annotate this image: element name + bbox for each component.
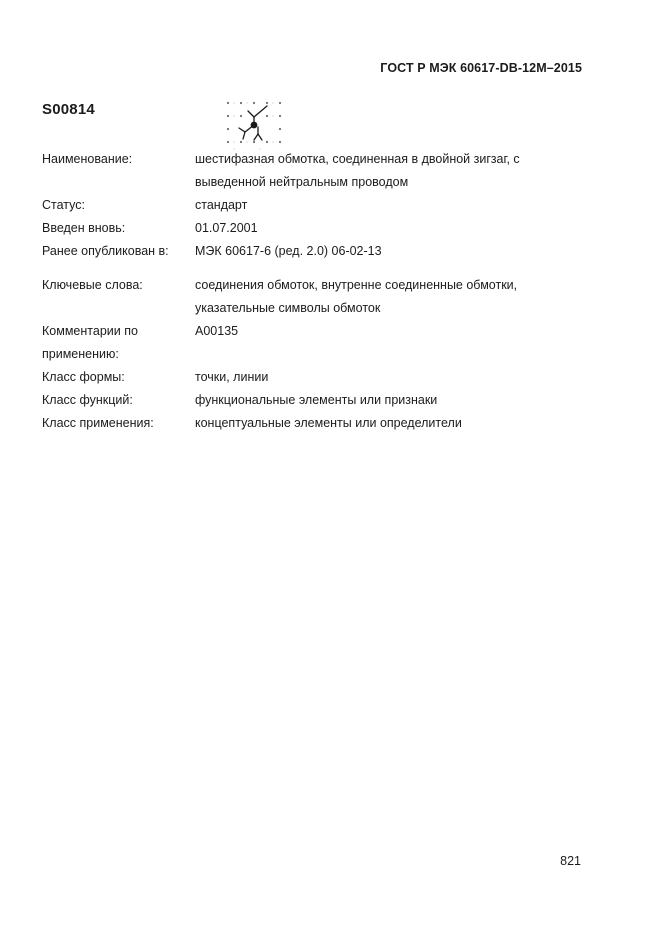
field-value: A00135	[195, 320, 547, 343]
field-label: Статус:	[42, 194, 195, 217]
field-row-keywords: Ключевые слова: соединения обмоток, внут…	[42, 274, 562, 320]
field-label: Ранее опубликован в:	[42, 240, 195, 263]
field-label: Класс формы:	[42, 366, 195, 389]
field-row-name: Наименование: шестифазная обмотка, соеди…	[42, 148, 562, 194]
field-value: концептуальные элементы или определители	[195, 412, 547, 435]
symbol-image	[222, 96, 284, 153]
six-phase-winding-double-zigzag-icon	[222, 96, 284, 153]
field-row-status: Статус: стандарт	[42, 194, 562, 217]
standard-header: ГОСТ Р МЭК 60617-DB-12M–2015	[380, 61, 582, 75]
field-label: Ключевые слова:	[42, 274, 195, 297]
field-label: Комментарии по применению:	[42, 320, 195, 366]
field-value: шестифазная обмотка, соединенная в двойн…	[195, 148, 547, 194]
field-row-previously-published: Ранее опубликован в: МЭК 60617-6 (ред. 2…	[42, 240, 562, 263]
page-number: 821	[560, 854, 581, 868]
field-value: МЭК 60617-6 (ред. 2.0) 06-02-13	[195, 240, 547, 263]
field-label: Наименование:	[42, 148, 195, 171]
field-label: Введен вновь:	[42, 217, 195, 240]
document-page: ГОСТ Р МЭК 60617-DB-12M–2015 S00814	[0, 0, 661, 936]
field-value: 01.07.2001	[195, 217, 547, 240]
field-value: функциональные элементы или признаки	[195, 389, 547, 412]
field-value: соединения обмоток, внутренне соединенны…	[195, 274, 547, 320]
field-row-shape-class: Класс формы: точки, линии	[42, 366, 562, 389]
symbol-id: S00814	[42, 101, 95, 118]
field-row-function-class: Класс функций: функциональные элементы и…	[42, 389, 562, 412]
field-row-introduced: Введен вновь: 01.07.2001	[42, 217, 562, 240]
field-list: Наименование: шестифазная обмотка, соеди…	[42, 148, 562, 435]
field-row-application-class: Класс применения: концептуальные элемент…	[42, 412, 562, 435]
field-label: Класс применения:	[42, 412, 195, 435]
field-value: стандарт	[195, 194, 547, 217]
field-value: точки, линии	[195, 366, 547, 389]
field-label: Класс функций:	[42, 389, 195, 412]
field-row-application-comments: Комментарии по применению: A00135	[42, 320, 562, 366]
